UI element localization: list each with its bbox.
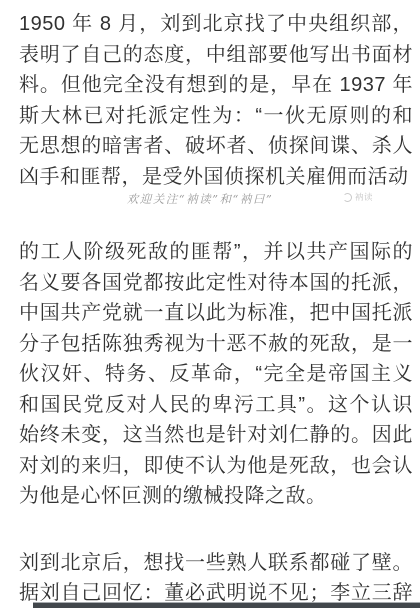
text-line: 料。但他完全没有想到的是，早在 1937 年 (19, 70, 413, 101)
text-line: 分子包括陈独秀视为十恶不赦的死敌，是一 (19, 329, 413, 360)
swirl-icon (343, 193, 352, 202)
text-line: 为他是心怀叵测的缴械投降之敌。 (19, 481, 413, 512)
watermark: 欢迎关注“衲读”和“衲曰” (0, 192, 400, 206)
paragraph: 刘到北京后，想找一些熟人联系都碰了壁。据刘自己回忆：董必武明说不见；李立三辞 (19, 548, 413, 608)
paragraph: 1950 年 8 月，刘到北京找了中央组织部，表明了自己的态度，中组部要他写出书… (19, 9, 413, 192)
text-line: 始终未变，这当然也是针对刘仁静的。因此 (19, 420, 413, 451)
text-line: 无思想的暗害者、破坏者、侦探间谍、杀人 (19, 131, 413, 162)
text-line: 和国民党反对人民的卑污工具”。这个认识 (19, 390, 413, 421)
text-line: 对刘的来归，即使不认为他是死敌，也会认 (19, 451, 413, 482)
text-line: 伙汉奸、特务、反革命，“完全是帝国主义 (19, 359, 413, 390)
paragraph: 的工人阶级死敌的匪帮”，并以共产国际的名义要各国党都按此定性对待本国的托派，中国… (19, 237, 413, 512)
text-line: 刘到北京后，想找一些熟人联系都碰了壁。 (19, 548, 413, 579)
text-line: 中国共产党就一直以此为标准，把中国托派 (19, 298, 413, 329)
article-body: 1950 年 8 月，刘到北京找了中央组织部，表明了自己的态度，中组部要他写出书… (19, 0, 413, 608)
reader-page: 1950 年 8 月，刘到北京找了中央组织部，表明了自己的态度，中组部要他写出书… (0, 0, 420, 608)
text-line: 名义要各国党都按此定性对待本国的托派， (19, 268, 413, 299)
next-section-top-edge (33, 602, 420, 608)
watermark-text: 欢迎关注“衲读”和“衲曰” (127, 192, 274, 206)
text-line: 1950 年 8 月，刘到北京找了中央组织部， (19, 9, 413, 40)
text-line: 表明了自己的态度，中组部要他写出书面材 (19, 40, 413, 71)
watermark-logo: 衲读 (343, 192, 373, 202)
text-line: 斯大林已对托派定性为：“一伙无原则的和 (19, 101, 413, 132)
text-line: 的工人阶级死敌的匪帮”，并以共产国际的 (19, 237, 413, 268)
watermark-logo-text: 衲读 (355, 192, 373, 202)
text-line: 凶手和匪帮，是受外国侦探机关雇佣而活动 (19, 162, 413, 193)
